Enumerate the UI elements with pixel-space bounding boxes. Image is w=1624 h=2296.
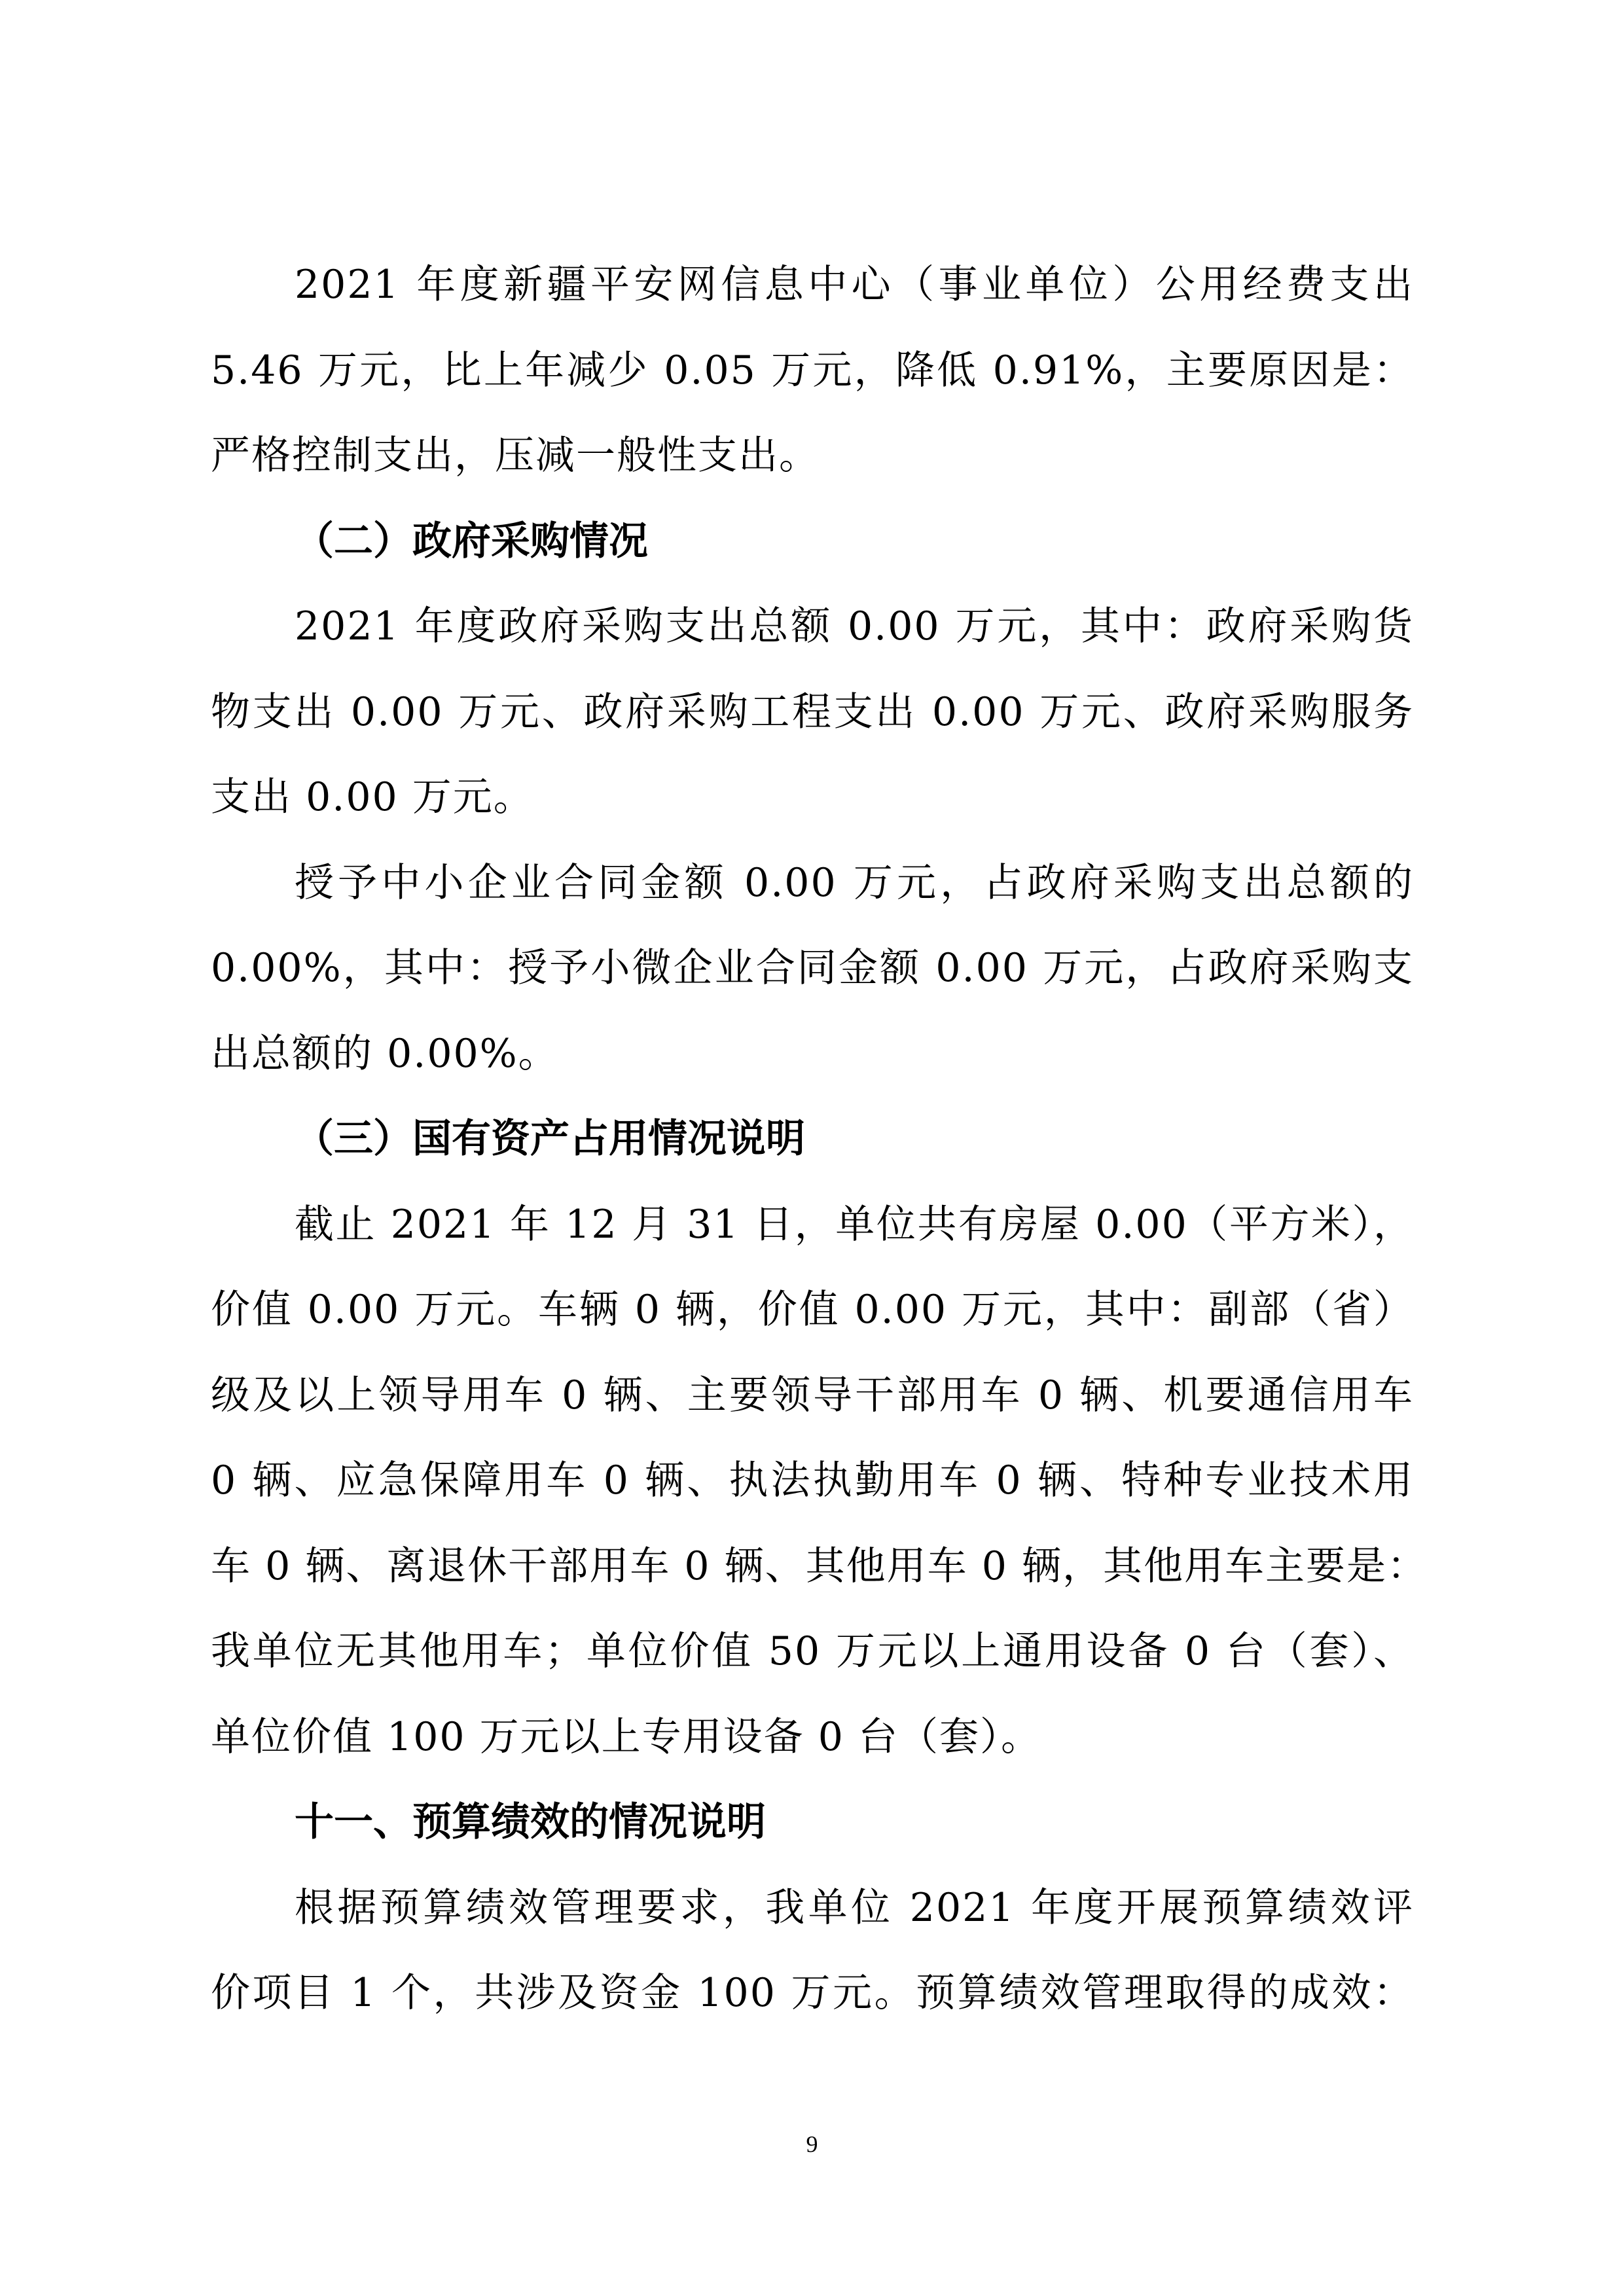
paragraph-procurement-line-3: 支出 0.00 万元。 bbox=[211, 755, 1415, 840]
page-body: 2021 年度新疆平安网信息中心（事业单位）公用经费支出 5.46 万元，比上年… bbox=[211, 242, 1415, 2036]
paragraph-performance-line-1: 根据预算绩效管理要求，我单位 2021 年度开展预算绩效评 bbox=[211, 1865, 1414, 1951]
page-number: 9 bbox=[0, 2130, 1624, 2158]
paragraph-assets-line-4: 0 辆、应急保障用车 0 辆、执法执勤用车 0 辆、特种专业技术用 bbox=[211, 1438, 1414, 1524]
section-heading-budget-performance: 十一、预算绩效的情况说明 bbox=[211, 1780, 1415, 1865]
paragraph-procurement-line-2: 物支出 0.00 万元、政府采购工程支出 0.00 万元、政府采购服务 bbox=[211, 670, 1414, 755]
paragraph-sme-contracts-line-2: 0.00%，其中：授予小微企业合同金额 0.00 万元，占政府采购支 bbox=[211, 925, 1414, 1011]
paragraph-sme-contracts-line-3: 出总额的 0.00%。 bbox=[211, 1011, 1415, 1097]
paragraph-sme-contracts-line-1: 授予中小企业合同金额 0.00 万元，占政府采购支出总额的 bbox=[211, 840, 1414, 926]
paragraph-assets-line-5: 车 0 辆、离退休干部用车 0 辆、其他用车 0 辆，其他用车主要是： bbox=[211, 1524, 1414, 1609]
paragraph-assets-line-6: 我单位无其他用车；单位价值 50 万元以上通用设备 0 台（套）、 bbox=[211, 1609, 1414, 1695]
paragraph-assets-line-7: 单位价值 100 万元以上专用设备 0 台（套）。 bbox=[211, 1695, 1415, 1780]
document-page: 2021 年度新疆平安网信息中心（事业单位）公用经费支出 5.46 万元，比上年… bbox=[0, 0, 1624, 2296]
paragraph-public-funds-line-2: 5.46 万元，比上年减少 0.05 万元，降低 0.91%，主要原因是： bbox=[211, 328, 1414, 414]
paragraph-assets-line-1: 截止 2021 年 12 月 31 日，单位共有房屋 0.00（平方米）， bbox=[211, 1182, 1414, 1268]
paragraph-public-funds-line-3: 严格控制支出，压减一般性支出。 bbox=[211, 413, 1415, 499]
paragraph-assets-line-3: 级及以上领导用车 0 辆、主要领导干部用车 0 辆、机要通信用车 bbox=[211, 1353, 1414, 1439]
section-heading-government-procurement: （二）政府采购情况 bbox=[211, 499, 1415, 584]
section-heading-state-assets: （三）国有资产占用情况说明 bbox=[211, 1096, 1415, 1182]
paragraph-procurement-line-1: 2021 年度政府采购支出总额 0.00 万元，其中：政府采购货 bbox=[211, 584, 1414, 670]
paragraph-performance-line-2: 价项目 1 个，共涉及资金 100 万元。预算绩效管理取得的成效： bbox=[211, 1950, 1414, 2036]
paragraph-assets-line-2: 价值 0.00 万元。车辆 0 辆，价值 0.00 万元，其中：副部（省） bbox=[211, 1267, 1414, 1353]
paragraph-public-funds-line-1: 2021 年度新疆平安网信息中心（事业单位）公用经费支出 bbox=[211, 242, 1414, 328]
